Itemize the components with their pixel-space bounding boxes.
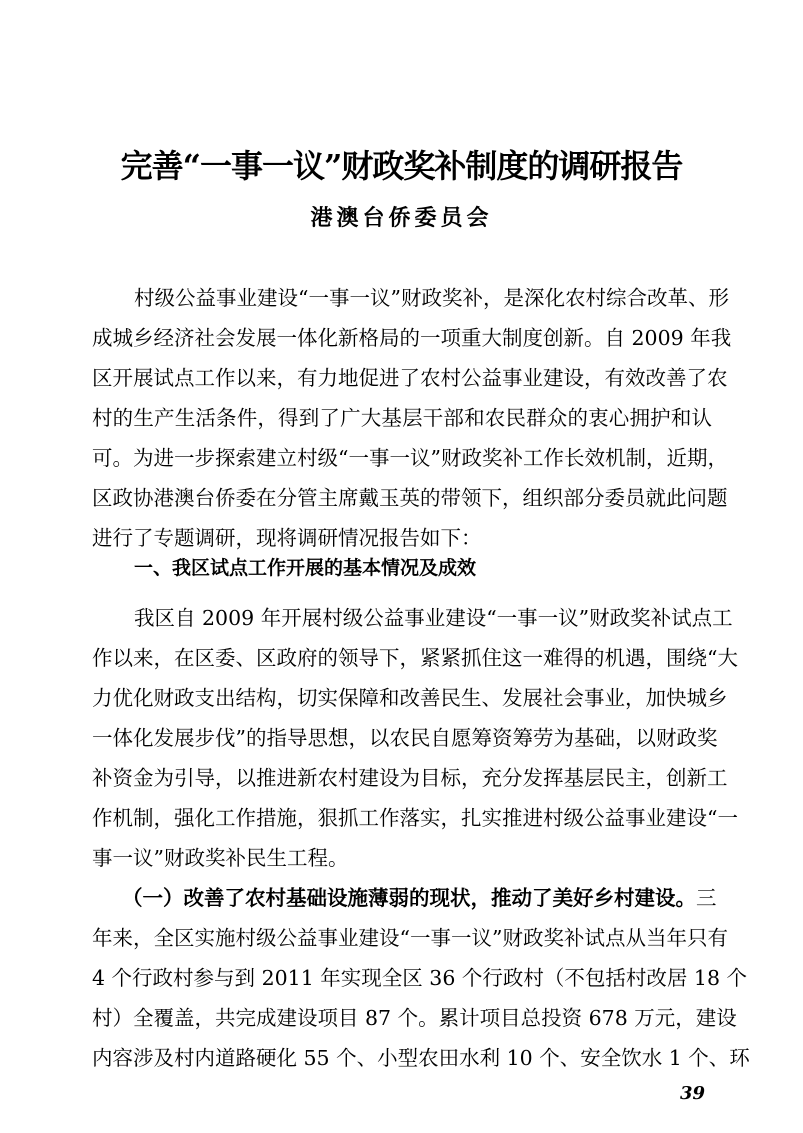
- subheading-bold-lead: （一）改善了农村基础设施薄弱的现状，推动了美好乡村建设。: [122, 886, 696, 910]
- paragraph-line: 可。为进一步探索建立村级“一事一议”财政奖补工作长效机制，近期，: [92, 443, 712, 473]
- paragraph-line: 进行了专题调研，现将调研情况报告如下：: [92, 523, 712, 553]
- document-page: 完善“一事一议”财政奖补制度的调研报告 港澳台侨委员会 村级公益事业建设“一事一…: [0, 0, 803, 1133]
- document-author: 港澳台侨委员会: [0, 200, 803, 236]
- paragraph-line: 成城乡经济社会发展一体化新格局的一项重大制度创新。自 2009 年我: [92, 323, 712, 353]
- paragraph-line: 补资金为引导，以推进新农村建设为目标，充分发挥基层民主，创新工: [92, 763, 712, 793]
- paragraph-line: 事一议”财政奖补民生工程。: [92, 843, 712, 873]
- subheading-rest: 三: [696, 886, 717, 910]
- paragraph-line: 年来，全区实施村级公益事业建设“一事一议”财政奖补试点从当年只有: [92, 923, 712, 953]
- paragraph-line: 4 个行政村参与到 2011 年实现全区 36 个行政村（不包括村改居 18 个: [92, 963, 712, 993]
- subheading-line: （一）改善了农村基础设施薄弱的现状，推动了美好乡村建设。三: [122, 883, 712, 913]
- paragraph-line: 作机制，强化工作措施，狠抓工作落实，扎实推进村级公益事业建设“一: [92, 803, 712, 833]
- paragraph-line: 村的生产生活条件，得到了广大基层干部和农民群众的衷心拥护和认: [92, 403, 712, 433]
- paragraph-line: 作以来，在区委、区政府的领导下，紧紧抓住这一难得的机遇，围绕“大: [92, 643, 712, 673]
- paragraph-line: 村级公益事业建设“一事一议”财政奖补，是深化农村综合改革、形: [134, 283, 712, 313]
- section-heading: 一、我区试点工作开展的基本情况及成效: [134, 553, 476, 583]
- paragraph-line: 村）全覆盖，共完成建设项目 87 个。累计项目总投资 678 万元，建设: [92, 1003, 712, 1033]
- paragraph-line: 力优化财政支出结构，切实保障和改善民生、发展社会事业，加快城乡: [92, 683, 712, 713]
- document-title: 完善“一事一议”财政奖补制度的调研报告: [0, 144, 803, 188]
- page-number: 39: [680, 1083, 705, 1104]
- paragraph-line: 我区自 2009 年开展村级公益事业建设“一事一议”财政奖补试点工: [134, 603, 712, 633]
- paragraph-line: 一体化发展步伐”的指导思想，以农民自愿筹资筹劳为基础，以财政奖: [92, 723, 712, 753]
- paragraph-line: 区开展试点工作以来，有力地促进了农村公益事业建设，有效改善了农: [92, 363, 712, 393]
- paragraph-line: 内容涉及村内道路硬化 55 个、小型农田水利 10 个、安全饮水 1 个、环: [92, 1043, 712, 1073]
- paragraph-line: 区政协港澳台侨委在分管主席戴玉英的带领下，组织部分委员就此问题: [92, 483, 712, 513]
